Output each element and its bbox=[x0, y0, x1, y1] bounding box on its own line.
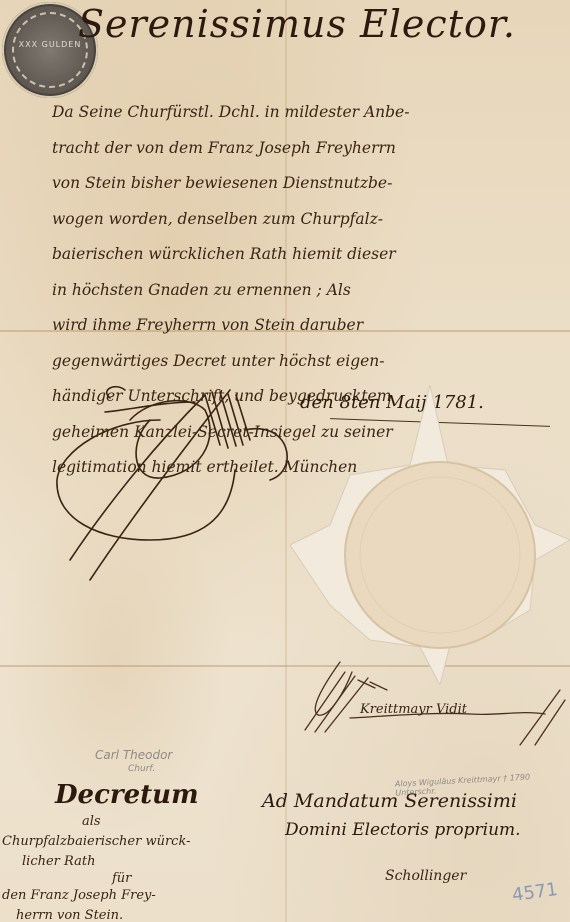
endorsement-line: für bbox=[2, 872, 262, 886]
endorsement-line: den Franz Joseph Frey- bbox=[2, 886, 262, 906]
endorsement-text: als Churpfalzbaierischer würck- licher R… bbox=[2, 812, 262, 922]
secretary-signature: Schollinger bbox=[385, 868, 466, 884]
mandate-line-1: Ad Mandatum Serenissimi bbox=[262, 790, 517, 812]
mandate-line-2: Domini Electoris proprium. bbox=[285, 820, 521, 840]
pencil-annotation-sub: Churf. bbox=[128, 764, 155, 774]
pencil-annotation: Carl Theodor bbox=[95, 748, 172, 762]
document-page: XXX GULDEN Serenissimus Elector. Da Sein… bbox=[0, 0, 570, 922]
endorsement-line: Churpfalzbaierischer würck- bbox=[2, 832, 262, 852]
endorsement-line: als bbox=[2, 812, 262, 832]
countersign-text: Kreittmayr Vidit bbox=[360, 702, 467, 717]
endorsement-heading: Decretum bbox=[55, 780, 199, 810]
endorsement-line: licher Rath bbox=[2, 852, 262, 872]
endorsement-line: herrn von Stein. bbox=[2, 906, 262, 922]
